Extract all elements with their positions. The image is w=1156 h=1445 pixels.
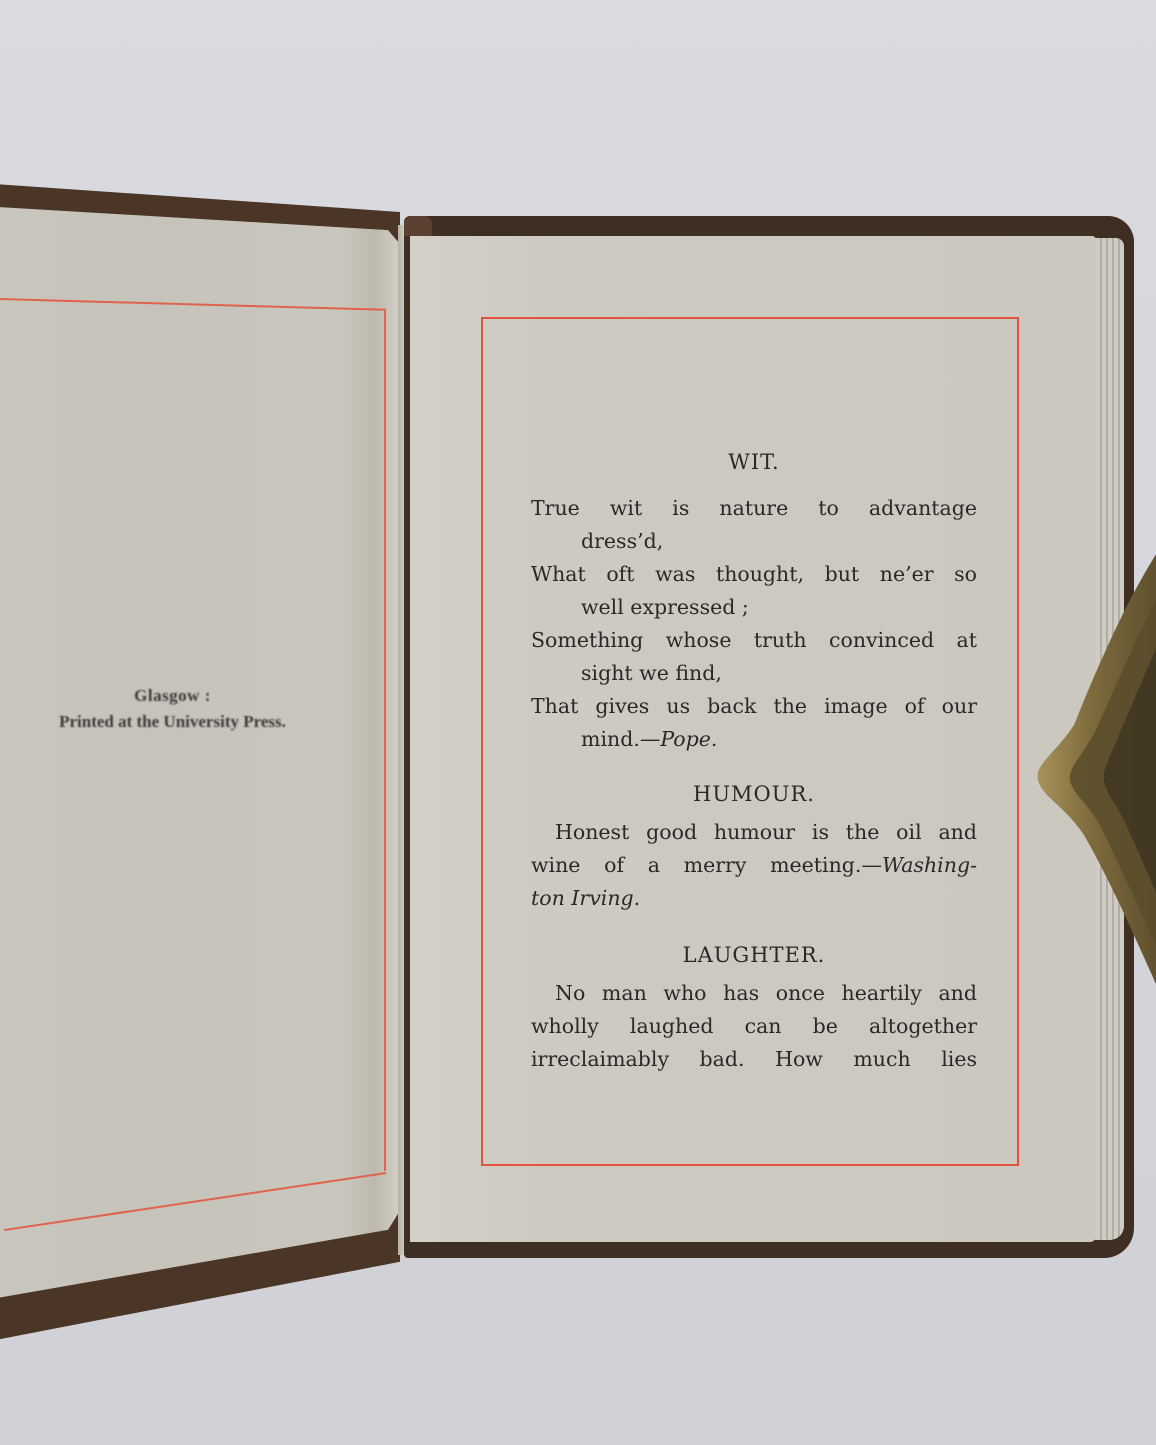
verse-line: sight we find,	[581, 657, 977, 690]
imprint-printer: Printed at the University Press.	[0, 712, 345, 732]
laughter-paragraph: No man who has once heartily and wholly …	[531, 977, 977, 1076]
page-text: WIT. True wit is nature to advantage dre…	[531, 450, 977, 1076]
prose-line: Honest good humour is the oil and	[531, 816, 977, 849]
verse-text: mind.—	[581, 727, 660, 751]
prose-line: No man who has once heartily and	[531, 977, 977, 1010]
brass-clasp-icon	[1034, 505, 1156, 1065]
prose-line: irreclaimably bad. How much lies	[531, 1043, 977, 1076]
verse-line-with-attribution: mind.—Pope.	[581, 723, 977, 756]
verse-line: dress’d,	[581, 525, 977, 558]
left-page	[0, 206, 405, 1301]
imprint-city: Glasgow :	[0, 686, 345, 706]
prose-line: wine of a merry meeting.—Washing-	[531, 849, 977, 882]
verse-line: well expressed ;	[581, 591, 977, 624]
humour-paragraph: Honest good humour is the oil and wine o…	[531, 816, 977, 915]
attribution-pope: Pope.	[660, 727, 717, 751]
verse-line: Something whose truth convinced at	[531, 624, 977, 657]
heading-laughter: LAUGHTER.	[531, 943, 977, 967]
verse-line: True wit is nature to advantage	[531, 492, 977, 525]
prose-line: ton Irving.	[531, 882, 977, 915]
attribution-irving-part1: Washing-	[882, 853, 977, 877]
heading-wit: WIT.	[531, 450, 977, 474]
verse-line: What oft was thought, but ne’er so	[531, 558, 977, 591]
left-page-red-rule-right	[384, 309, 386, 1171]
attribution-irving-part2: ton Irving	[531, 886, 634, 910]
verse-line: That gives us back the image of our	[531, 690, 977, 723]
prose-line: wholly laughed can be altogether	[531, 1010, 977, 1043]
spine-headcap	[404, 216, 432, 236]
heading-humour: HUMOUR.	[531, 782, 977, 806]
printer-imprint: Glasgow : Printed at the University Pres…	[0, 686, 345, 732]
